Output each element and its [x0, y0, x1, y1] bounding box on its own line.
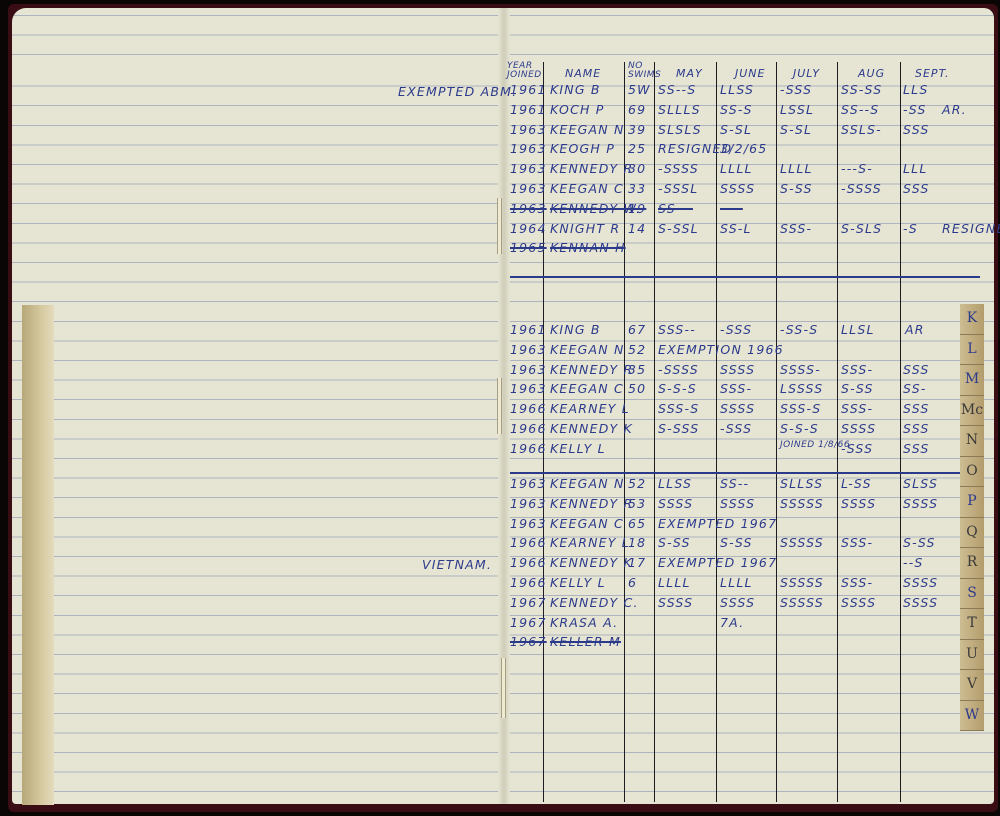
cell-name: KEOGH P	[550, 141, 615, 157]
cell-june: SS--	[720, 476, 749, 492]
cell-may: -SSSL	[658, 181, 698, 197]
index-tab-mc[interactable]: Mc	[960, 396, 984, 427]
cell-year: 1963	[510, 496, 547, 512]
cell-july: -SSS	[780, 82, 812, 98]
cell-name: KELLER M	[550, 634, 621, 650]
index-tab-m[interactable]: M	[960, 365, 984, 396]
cell-june: SSSS	[720, 595, 755, 611]
section-separator	[510, 276, 980, 278]
cell-aug: SSSS	[841, 496, 876, 512]
cell-year: 1966	[510, 555, 547, 571]
binding-stitch	[497, 378, 502, 434]
cell-year: 1967	[510, 595, 547, 611]
cell-year: 1963	[510, 122, 547, 138]
cell-name: KENNAN H	[550, 240, 626, 256]
alphabet-index-tabs: KLMMcNOPQRSTUVW	[960, 304, 984, 731]
cell-no: 33	[628, 181, 646, 197]
cell-no: 69	[628, 102, 646, 118]
cell-name: KEEGAN C	[550, 516, 624, 532]
cell-year: 1963	[510, 476, 547, 492]
left-page-edge	[22, 305, 54, 805]
cell-july: SSS-	[780, 221, 812, 237]
cell-sept: LLL	[903, 161, 928, 177]
cell-name: KOCH P	[550, 102, 605, 118]
cell-july: LLLL	[780, 161, 813, 177]
cell-name: KENNEDY C.	[550, 595, 639, 611]
index-tab-s[interactable]: S	[960, 579, 984, 610]
header-no-swims: NO SWIMS	[628, 62, 654, 80]
index-tab-p[interactable]: P	[960, 487, 984, 518]
section-separator	[510, 472, 960, 474]
cell-aug: SSSS	[841, 595, 876, 611]
cell-aug: SSLS-	[841, 122, 882, 138]
column-divider	[837, 62, 838, 802]
index-tab-w[interactable]: W	[960, 701, 984, 732]
cell-june: -SSS	[720, 421, 752, 437]
cell-year: 1964	[510, 221, 547, 237]
cell-june: S-SS	[720, 535, 753, 551]
cell-june: ----	[720, 201, 743, 217]
cell-sept: SSSS	[903, 496, 938, 512]
cell-may: SSS-S	[658, 401, 699, 417]
cell-year: 1963	[510, 161, 547, 177]
cell-year: 1966	[510, 575, 547, 591]
cell-sept: SSSS	[903, 575, 938, 591]
cell-june: SSSS	[720, 401, 755, 417]
cell-july: S-SS	[780, 181, 813, 197]
cell-no: 19	[628, 201, 646, 217]
cell-name: KENNEDY R	[550, 496, 633, 512]
cell-july: SSSSS	[780, 535, 824, 551]
cell-may: SLSLS	[658, 122, 702, 138]
cell-sept: SS-	[903, 381, 927, 397]
cell-sept: -SS	[903, 102, 927, 118]
cell-july: LSSL	[780, 102, 814, 118]
cell-name: KRASA A.	[550, 615, 618, 631]
index-tab-r[interactable]: R	[960, 548, 984, 579]
cell-july: -SS-S	[780, 322, 818, 338]
cell-year: 1966	[510, 421, 547, 437]
cell-sept: SSS	[903, 181, 930, 197]
cell-no: 53	[628, 496, 646, 512]
cell-may: S-SSS	[658, 421, 699, 437]
column-divider	[716, 62, 717, 802]
cell-july: S-SL	[780, 122, 812, 138]
cell-sept: SSS	[903, 441, 930, 457]
cell-name: KEARNEY L	[550, 401, 630, 417]
cell-may: EXEMPTED 1967	[658, 516, 777, 532]
cell-no: 35	[628, 362, 646, 378]
cell-name: KEEGAN N	[550, 342, 625, 358]
index-tab-t[interactable]: T	[960, 609, 984, 640]
cell-sept: SSSS	[903, 595, 938, 611]
cell-no: 65	[628, 516, 646, 532]
cell-sept: -S	[903, 221, 918, 237]
cell-year: 1966	[510, 441, 547, 457]
cell-no: 39	[628, 122, 646, 138]
cell-aug: SS--S	[841, 102, 879, 118]
cell-year: 1967	[510, 634, 547, 650]
cell-june: SSSS	[720, 496, 755, 512]
cell-may: SSSS	[658, 595, 693, 611]
index-tab-n[interactable]: N	[960, 426, 984, 457]
cell-no: 6	[628, 575, 637, 591]
cell-july: SSSSS	[780, 496, 824, 512]
cell-sept: --S	[903, 555, 924, 571]
cell-may: S-SSL	[658, 221, 699, 237]
cell-year: 1966	[510, 401, 547, 417]
cell-no: 25	[628, 141, 646, 157]
cell-no: 50	[628, 381, 646, 397]
cell-note: RESIGNED	[942, 221, 1000, 237]
cell-name: KEEGAN N	[550, 476, 625, 492]
cell-year: 1963	[510, 181, 547, 197]
cell-year: 1963	[510, 516, 547, 532]
cell-july: SSSSS	[780, 595, 824, 611]
cell-may: -SSSS	[658, 362, 699, 378]
cell-year: 1963	[510, 362, 547, 378]
cell-sept: LLS	[903, 82, 928, 98]
cell-year: 1966	[510, 535, 547, 551]
cell-year: 1963	[510, 201, 547, 217]
cell-june: SSSS	[720, 362, 755, 378]
cell-no: 5W	[628, 82, 651, 98]
cell-name: KEEGAN C	[550, 381, 624, 397]
header-july: JULY	[793, 66, 820, 82]
cell-may: SS---	[658, 201, 693, 217]
cell-may: SS--S	[658, 82, 696, 98]
cell-sept: SSS	[903, 122, 930, 138]
cell-june: SS-L	[720, 221, 752, 237]
header-name: NAME	[565, 66, 601, 82]
cell-year: 1961	[510, 322, 547, 338]
header-year-joined: YEAR JOINED	[507, 62, 541, 80]
cell-name: KING B	[550, 82, 601, 98]
cell-name: KENNEDY K	[550, 555, 633, 571]
annotation-exempted: EXEMPTED ABM.	[398, 84, 517, 100]
cell-no: 30	[628, 161, 646, 177]
cell-june: LLLL	[720, 575, 753, 591]
cell-no: 17	[628, 555, 646, 571]
cell-year: 1965	[510, 240, 547, 256]
cell-no: 52	[628, 476, 646, 492]
cell-june: S-SL	[720, 122, 752, 138]
binding-stitch	[497, 198, 502, 254]
cell-sept: SLSS	[903, 476, 938, 492]
cell-name: KING B	[550, 322, 601, 338]
left-page	[12, 8, 504, 804]
column-divider	[654, 62, 655, 802]
cell-may: LLLL	[658, 575, 691, 591]
annotation-vietnam: VIETNAM.	[422, 557, 492, 573]
cell-june: SSSS	[720, 181, 755, 197]
cell-sept: SSS	[903, 421, 930, 437]
cell-may: S-S-S	[658, 381, 697, 397]
cell-may: SSSS	[658, 496, 693, 512]
cell-may: -SSSS	[658, 161, 699, 177]
binding-stitch	[501, 658, 506, 718]
cell-june: LLLL	[720, 161, 753, 177]
cell-name: KEEGAN C	[550, 181, 624, 197]
cell-aug: SS-SS	[841, 82, 882, 98]
cell-sept: SSS	[903, 362, 930, 378]
cell-june: SSS-	[720, 381, 752, 397]
ruled-lines	[12, 8, 504, 804]
cell-sept: SSS	[903, 401, 930, 417]
cell-aug: SSS-	[841, 362, 873, 378]
index-tab-l[interactable]: L	[960, 335, 984, 366]
cell-year: 1963	[510, 381, 547, 397]
cell-note: AR.	[942, 102, 967, 118]
cell-june: 3/2/65	[720, 141, 767, 157]
cell-july: LSSSS	[780, 381, 823, 397]
cell-may: SSS--	[658, 322, 696, 338]
cell-no: 18	[628, 535, 646, 551]
cell-may: S-SS	[658, 535, 691, 551]
index-tab-v[interactable]: V	[960, 670, 984, 701]
cell-aug: SSS-	[841, 535, 873, 551]
cell-year: 1963	[510, 342, 547, 358]
cell-no: 52	[628, 342, 646, 358]
header-june: JUNE	[735, 66, 765, 82]
cell-july: SSSSS	[780, 575, 824, 591]
cell-year: 1963	[510, 141, 547, 157]
cell-aug: S-SLS	[841, 221, 882, 237]
cell-may: LLSS	[658, 476, 692, 492]
cell-aug: ---S-	[841, 161, 873, 177]
cell-may: SLLLS	[658, 102, 701, 118]
cell-note: AR	[905, 322, 925, 338]
cell-aug: SSS-	[841, 575, 873, 591]
cell-july: SSSS-	[780, 362, 821, 378]
cell-sept: S-SS	[903, 535, 936, 551]
cell-june: LLSS	[720, 82, 754, 98]
cell-july: SLLSS	[780, 476, 823, 492]
cell-aug: -SSSS	[841, 181, 882, 197]
cell-may: EXEMPTION 1966	[658, 342, 784, 358]
cell-name: KENNEDY K	[550, 421, 633, 437]
cell-no: 67	[628, 322, 646, 338]
cell-july: JOINED 1/8/66	[780, 441, 850, 450]
cell-name: KELLY L	[550, 575, 606, 591]
cell-year: 1967	[510, 615, 547, 631]
index-tab-k[interactable]: K	[960, 304, 984, 335]
header-may: MAY	[676, 66, 703, 82]
index-tab-q[interactable]: Q	[960, 518, 984, 549]
cell-name: KEEGAN N	[550, 122, 625, 138]
cell-may: EXEMPTED 1967	[658, 555, 777, 571]
column-divider	[776, 62, 777, 802]
index-tab-o[interactable]: O	[960, 457, 984, 488]
cell-june: SS-S	[720, 102, 753, 118]
cell-june: 7A.	[720, 615, 744, 631]
cell-name: KENNEDY R	[550, 362, 633, 378]
cell-aug: L-SS	[841, 476, 872, 492]
cell-name: KELLY L	[550, 441, 606, 457]
cell-no: 14	[628, 221, 646, 237]
cell-july: S-S-S	[780, 421, 819, 437]
cell-aug: -SSS	[841, 441, 873, 457]
index-tab-u[interactable]: U	[960, 640, 984, 671]
header-sept: SEPT.	[915, 66, 949, 82]
column-divider	[900, 62, 901, 802]
cell-june: -SSS	[720, 322, 752, 338]
cell-name: KEARNEY L	[550, 535, 630, 551]
cell-aug: LLSL	[841, 322, 875, 338]
cell-aug: SSSS	[841, 421, 876, 437]
cell-july: SSS-S	[780, 401, 821, 417]
cell-aug: SSS-	[841, 401, 873, 417]
cell-name: KNIGHT R	[550, 221, 620, 237]
cell-aug: S-SS	[841, 381, 874, 397]
header-aug: AUG	[858, 66, 885, 82]
cell-name: KENNEDY R	[550, 161, 633, 177]
cell-year: 1961	[510, 102, 547, 118]
